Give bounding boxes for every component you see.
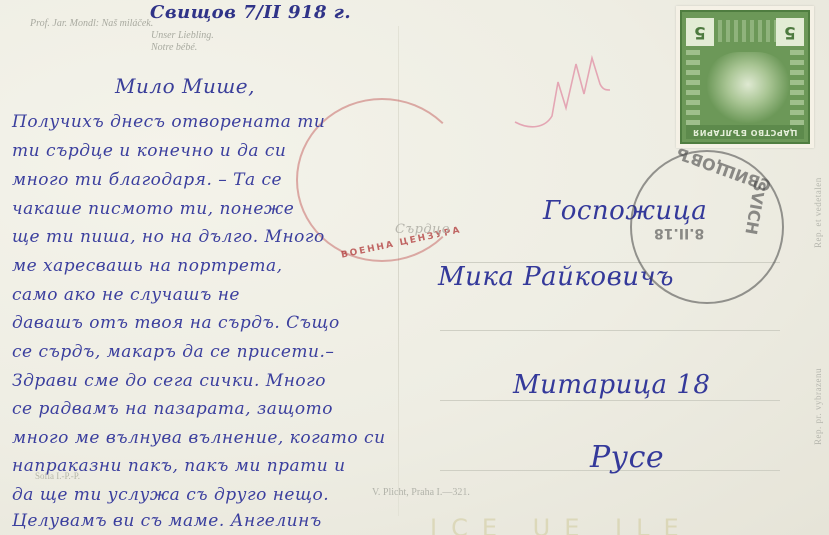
message-line: давашъ отъ твоя на сърдъ. Също [12, 313, 340, 333]
stamp-country-text: ЦАРСТВО БЪЛГАРИЯ [686, 125, 804, 139]
stamp-ornament [718, 20, 778, 42]
message-line: се сърдъ, макаръ да се присети.– [12, 342, 334, 362]
postage-stamp: 5 5 ЦАРСТВО БЪЛГАРИЯ [676, 6, 814, 148]
message-line: да ще ти услужа съ друго нещо. [12, 485, 329, 505]
handwritten-greeting: Мило Мише, [115, 74, 255, 98]
message-line: много ти благодаря. – Та се [12, 170, 282, 190]
pencil-note: Сърдцо [395, 222, 450, 237]
message-line: чакаше писмото ти, понеже [12, 199, 294, 219]
message-line: ти сърдце и конечно и да си [12, 141, 286, 161]
message-line: се радвамъ на пазарата, защото [12, 399, 333, 419]
address-recipient-name: Мика Райковичъ [438, 262, 674, 292]
pink-pencil-mark [510, 50, 610, 150]
message-line: само ако не случашъ не [12, 285, 240, 305]
address-street: Митарица 18 [513, 370, 710, 400]
printed-caption-2: Unser Liebling. [151, 30, 214, 42]
handwritten-date: Свищов 7/II 918 г. [150, 2, 351, 23]
bleed-through-text: ICE UE ILE [430, 514, 829, 535]
stamp-value-right: 5 [776, 18, 804, 46]
postmark-date: 8.II.18 [654, 225, 704, 241]
stamp-value-left: 5 [686, 18, 714, 46]
printed-caption-3: Notre bébé. [151, 42, 197, 54]
publisher-imprint: V. Plicht, Praha I.—321. [372, 487, 470, 499]
address-line-3 [440, 400, 780, 401]
message-line: напраказни пакъ, пакъ ми прати и [12, 456, 346, 476]
side-note-1: Rep. et vedetalen [812, 177, 824, 248]
address-city: Русе [590, 440, 664, 475]
message-line: ме харесвашь на портрета, [12, 256, 283, 276]
address-line-2 [440, 330, 780, 331]
message-line: Целувамъ ви съ маме. Ангелинъ [12, 511, 322, 531]
message-line: Получихъ днесъ отворената ти [12, 112, 325, 132]
message-line: много ме вълнува вълнение, когато си [12, 428, 386, 448]
postcard-back: Prof. Jar. Mondl: Naš miláček. Unser Lie… [0, 0, 829, 535]
message-line: ще ти пиша, но на дълго. Много [12, 227, 325, 247]
printed-caption-1: Prof. Jar. Mondl: Naš miláček. [30, 18, 153, 30]
side-note-2: Rep. pr. vybrazenu [812, 368, 824, 445]
stamp-face: 5 5 ЦАРСТВО БЪЛГАРИЯ [680, 10, 810, 144]
stamp-border-right [790, 50, 804, 128]
lion-emblem-icon [706, 52, 790, 124]
stamp-border-left [686, 50, 700, 128]
message-line: Здрави сме до сега сички. Много [12, 371, 326, 391]
